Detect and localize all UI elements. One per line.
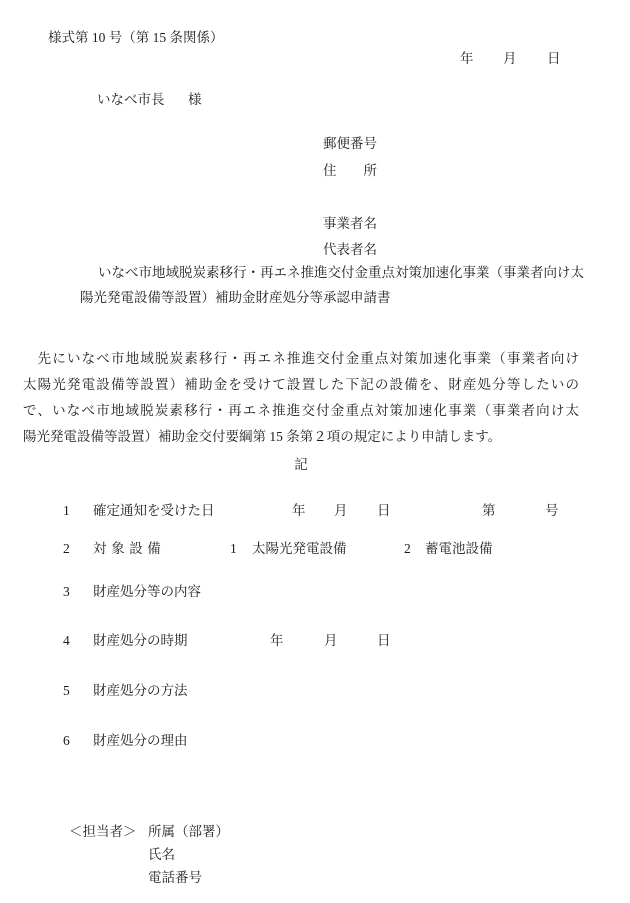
business-name-label: 事業者名 bbox=[323, 216, 377, 232]
item-2-label: 対象設備 bbox=[93, 541, 165, 557]
item-4-day-label: 日 bbox=[377, 633, 391, 649]
representative-name-label: 代表者名 bbox=[323, 242, 377, 258]
date-year-label: 年 bbox=[460, 51, 474, 67]
item-1-year-label: 年 bbox=[292, 503, 306, 519]
item-4-year-label: 年 bbox=[270, 633, 284, 649]
form-number: 様式第 10 号（第 15 条関係） bbox=[48, 30, 224, 46]
item-2-option-1-number: 1 bbox=[230, 541, 237, 557]
addressee-honorific: 様 bbox=[188, 92, 202, 108]
item-row-6: 6 財産処分の理由 bbox=[0, 733, 630, 751]
item-6-label: 財産処分の理由 bbox=[93, 733, 188, 749]
document-title-line1: いなべ市地域脱炭素移行・再エネ推進交付金重点対策加速化事業（事業者向け太 bbox=[98, 265, 584, 281]
item-2-option-2-label: 蓄電池設備 bbox=[425, 541, 493, 557]
document-title-line2: 陽光発電設備等設置）補助金財産処分等承認申請書 bbox=[80, 290, 391, 306]
addressee-name: いなべ市長 bbox=[97, 92, 165, 108]
document-page: 様式第 10 号（第 15 条関係） 年 月 日 いなべ市長 様 郵便番号 住 … bbox=[0, 0, 630, 903]
item-row-3: 3 財産処分等の内容 bbox=[0, 584, 630, 602]
ki-marker: 記 bbox=[23, 457, 579, 473]
item-1-day-label: 日 bbox=[377, 503, 391, 519]
item-1-label: 確定通知を受けた日 bbox=[93, 503, 215, 519]
item-6-number: 6 bbox=[63, 733, 70, 749]
item-2-option-1-label: 太陽光発電設備 bbox=[252, 541, 347, 557]
item-5-label: 財産処分の方法 bbox=[93, 683, 188, 699]
item-1-number: 1 bbox=[63, 503, 70, 519]
item-4-number: 4 bbox=[63, 633, 70, 649]
contact-header: ＜担当者＞ bbox=[69, 824, 137, 840]
item-1-month-label: 月 bbox=[334, 503, 348, 519]
item-2-number: 2 bbox=[63, 541, 70, 557]
item-5-number: 5 bbox=[63, 683, 70, 699]
item-row-2: 2 対象設備 1 太陽光発電設備 2 蓄電池設備 bbox=[0, 541, 630, 559]
item-4-label: 財産処分の時期 bbox=[93, 633, 188, 649]
address-label: 住 所 bbox=[323, 163, 377, 179]
date-month-label: 月 bbox=[503, 51, 517, 67]
contact-phone-label: 電話番号 bbox=[148, 870, 202, 886]
date-day-label: 日 bbox=[547, 51, 561, 67]
item-1-go-label: 号 bbox=[545, 503, 559, 519]
item-2-option-2-number: 2 bbox=[404, 541, 411, 557]
item-4-month-label: 月 bbox=[324, 633, 338, 649]
item-row-5: 5 財産処分の方法 bbox=[0, 683, 630, 701]
body-paragraph-line1: 先にいなべ市地域脱炭素移行・再エネ推進交付金重点対策加速化事業（事業者向け bbox=[23, 351, 579, 367]
item-3-label: 財産処分等の内容 bbox=[93, 584, 201, 600]
item-row-4: 4 財産処分の時期 年 月 日 bbox=[0, 633, 630, 651]
body-paragraph-line2: 太陽光発電設備等設置）補助金を受けて設置した下記の設備を、財産処分等したいの bbox=[23, 377, 579, 393]
item-3-number: 3 bbox=[63, 584, 70, 600]
item-1-dai-label: 第 bbox=[482, 503, 496, 519]
item-row-1: 1 確定通知を受けた日 年 月 日 第 号 bbox=[0, 503, 630, 521]
contact-name-label: 氏名 bbox=[148, 847, 175, 863]
postal-code-label: 郵便番号 bbox=[323, 136, 377, 152]
body-paragraph-line3: で、いなべ市地域脱炭素移行・再エネ推進交付金重点対策加速化事業（事業者向け太 bbox=[23, 403, 579, 419]
body-paragraph-line4: 陽光発電設備等設置）補助金交付要綱第 15 条第２項の規定により申請します。 bbox=[23, 429, 579, 445]
contact-department-label: 所属（部署） bbox=[148, 824, 229, 840]
